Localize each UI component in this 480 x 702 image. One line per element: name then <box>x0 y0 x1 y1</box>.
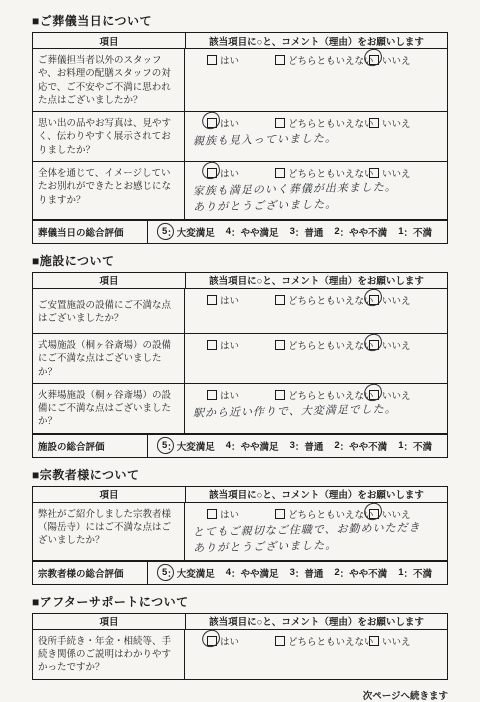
rating-desc: ：やや満足 <box>231 566 279 580</box>
scanned-survey-page: ■ご葬儀当日について 項目 該当項目に○と、コメント（理由）をお願いします ご葬… <box>32 0 448 702</box>
option-label: はい <box>220 634 239 648</box>
survey-table: 項目 該当項目に○と、コメント（理由）をお願いします ご葬儀担当者以外のスタッフ… <box>32 32 448 244</box>
question-cell: 思い出の品やお写真は、見やすく、伝わりやすく展示されておりましたか？ <box>33 112 185 161</box>
next-page-note: 次ページへ続きます <box>32 688 448 702</box>
answer-option: どちらともいえない <box>275 338 369 352</box>
answer-option: どちらともいえない <box>275 388 369 402</box>
checkbox-icon <box>275 509 285 519</box>
option-label: いいえ <box>382 388 411 402</box>
option-label: はい <box>220 116 239 130</box>
rating-option: 5：大変満足 <box>162 439 215 453</box>
checkbox-icon <box>369 509 379 519</box>
answer-options: はい どちらともいえない いいえ <box>191 116 441 130</box>
question-cell: 全体を通じて、イメージしていたお別れができたとお感じになりますか？ <box>33 162 185 219</box>
column-header-item: 項目 <box>33 487 186 502</box>
table-row: 火葬場施設（桐ヶ谷斎場）の設備にご不満な点はございましたか？ はい どちらともい… <box>33 384 447 434</box>
option-label: どちらともいえない <box>288 166 374 180</box>
answer-option: どちらともいえない <box>275 53 369 67</box>
answer-cell: はい どちらともいえない いいえ 家族も満足のいく葬儀が出来ました。 ありがとう… <box>185 162 447 219</box>
answer-option: どちらともいえない <box>275 634 369 648</box>
checkbox-icon <box>275 636 285 646</box>
handwritten-comment <box>193 66 441 71</box>
rating-desc: ：大変満足 <box>167 439 215 453</box>
column-header-answer: 該当項目に○と、コメント（理由）をお願いします <box>186 273 447 288</box>
question-cell: ご葬儀担当者以外のスタッフや、お料理の配膳スタッフの対応で、ご不安やご不満に思わ… <box>33 49 185 111</box>
rating-number: 1 <box>398 226 403 237</box>
option-label: いいえ <box>382 507 411 521</box>
question-cell: ご安置施設の設備にご不満な点はございましたか？ <box>33 289 185 333</box>
checkbox-icon <box>207 509 217 519</box>
table-row: 役所手続き・年金・相続等、手続き関係のご説明はわかりやすかったですか？ はい ど… <box>33 630 447 679</box>
rating-number: 3 <box>290 440 295 451</box>
rating-desc: ：普通 <box>295 439 324 453</box>
checkbox-icon <box>207 636 217 646</box>
answer-cell: はい どちらともいえない いいえ <box>185 630 447 679</box>
handwritten-comment: 家族も満足のいく葬儀が出来ました。 ありがとうございました。 <box>193 179 442 216</box>
survey-table: 項目 該当項目に○と、コメント（理由）をお願いします 弊社がご紹介しました宗教者… <box>32 486 448 585</box>
checkbox-icon <box>369 168 379 178</box>
rating-option: 1：不満 <box>398 225 432 239</box>
checkbox-icon <box>369 55 379 65</box>
answer-cell: はい どちらともいえない いいえ 親族も見入っていました。 <box>185 112 447 161</box>
checkbox-icon <box>207 55 217 65</box>
answer-cell: はい どちらともいえない いいえ <box>185 49 447 111</box>
rating-scale: 5：大変満足 4：やや満足 3：普通 2：やや不満 1：不満 <box>148 562 447 584</box>
option-label: はい <box>220 293 239 307</box>
rating-number: 1 <box>398 567 403 578</box>
section-facilities: ■施設について 項目 該当項目に○と、コメント（理由）をお願いします ご安置施設… <box>32 252 448 458</box>
checkbox-icon <box>275 118 285 128</box>
answer-option: はい <box>207 507 275 521</box>
rating-desc: ：普通 <box>295 566 324 580</box>
option-label: どちらともいえない <box>288 53 374 67</box>
answer-option: どちらともいえない <box>275 166 369 180</box>
table-row: ご安置施設の設備にご不満な点はございましたか？ はい どちらともいえない いいえ <box>33 289 447 334</box>
answer-option: はい <box>207 293 275 307</box>
rating-option: 3：普通 <box>290 439 324 453</box>
answer-cell: はい どちらともいえない いいえ とてもご親切なご住職で、お勤めいただき ありが… <box>185 503 447 560</box>
rating-label: 葬儀当日の総合評価 <box>33 221 148 243</box>
rating-number: 3 <box>290 226 295 237</box>
answer-options: はい どちらともいえない いいえ <box>191 388 441 402</box>
answer-option: いいえ <box>369 338 411 352</box>
rating-option: 4：やや満足 <box>226 566 279 580</box>
rating-row: 宗教者様の総合評価 5：大変満足 4：やや満足 3：普通 2：やや不満 1：不満 <box>33 561 447 584</box>
answer-cell: はい どちらともいえない いいえ <box>185 289 447 333</box>
rating-row: 施設の総合評価 5：大変満足 4：やや満足 3：普通 2：やや不満 1：不満 <box>33 434 447 457</box>
checkbox-icon <box>369 636 379 646</box>
table-row: 弊社がご紹介しました宗教者様（陽岳寺）にはご不満な点はございましたか？ はい ど… <box>33 503 447 561</box>
survey-table: 項目 該当項目に○と、コメント（理由）をお願いします ご安置施設の設備にご不満な… <box>32 272 448 458</box>
question-cell: 弊社がご紹介しました宗教者様（陽岳寺）にはご不満な点はございましたか？ <box>33 503 185 560</box>
question-cell: 火葬場施設（桐ヶ谷斎場）の設備にご不満な点はございましたか？ <box>33 384 185 433</box>
table-header-row: 項目 該当項目に○と、コメント（理由）をお願いします <box>33 487 447 503</box>
section-after-support: ■アフターサポートについて 項目 該当項目に○と、コメント（理由）をお願いします… <box>32 593 448 680</box>
checkbox-icon <box>369 340 379 350</box>
checkbox-icon <box>275 168 285 178</box>
rating-desc: ：やや不満 <box>340 225 388 239</box>
option-label: いいえ <box>382 634 411 648</box>
rating-number: 3 <box>290 567 295 578</box>
option-label: いいえ <box>382 166 411 180</box>
option-label: はい <box>220 507 239 521</box>
table-header-row: 項目 該当項目に○と、コメント（理由）をお願いします <box>33 273 447 289</box>
handwritten-comment <box>193 351 441 356</box>
table-row: 式場施設（桐ヶ谷斎場）の設備にご不満な点はございましたか？ はい どちらともいえ… <box>33 334 447 384</box>
answer-option: いいえ <box>369 507 411 521</box>
checkbox-icon <box>369 118 379 128</box>
rating-number: 5 <box>162 440 167 451</box>
section-officiant: ■宗教者様について 項目 該当項目に○と、コメント（理由）をお願いします 弊社が… <box>32 466 448 585</box>
checkbox-icon <box>369 390 379 400</box>
checkbox-icon <box>275 340 285 350</box>
option-label: どちらともいえない <box>288 116 374 130</box>
answer-option: はい <box>207 53 275 67</box>
answer-options: はい どちらともいえない いいえ <box>191 338 441 352</box>
answer-option: いいえ <box>369 53 411 67</box>
answer-option: いいえ <box>369 166 411 180</box>
rating-option: 5：大変満足 <box>162 225 215 239</box>
rating-number: 5 <box>162 567 167 578</box>
checkbox-icon <box>275 295 285 305</box>
rating-option: 4：やや満足 <box>226 439 279 453</box>
rating-number: 5 <box>162 226 167 237</box>
answer-cell: はい どちらともいえない いいえ 駅から近い作りで、大変満足でした。 <box>185 384 447 433</box>
rating-scale: 5：大変満足 4：やや満足 3：普通 2：やや不満 1：不満 <box>148 221 447 243</box>
answer-option: はい <box>207 388 275 402</box>
option-label: どちらともいえない <box>288 507 374 521</box>
rating-option: 2：やや不満 <box>334 439 387 453</box>
option-label: はい <box>220 388 239 402</box>
option-label: どちらともいえない <box>288 388 374 402</box>
rating-number: 1 <box>398 440 403 451</box>
rating-option: 1：不満 <box>398 566 432 580</box>
answer-options: はい どちらともいえない いいえ <box>191 634 441 648</box>
checkbox-icon <box>207 340 217 350</box>
table-row: ご葬儀担当者以外のスタッフや、お料理の配膳スタッフの対応で、ご不安やご不満に思わ… <box>33 49 447 112</box>
option-label: はい <box>220 53 239 67</box>
column-header-item: 項目 <box>33 273 186 288</box>
answer-options: はい どちらともいえない いいえ <box>191 293 441 307</box>
checkbox-icon <box>207 118 217 128</box>
rating-desc: ：大変満足 <box>167 566 215 580</box>
answer-option: どちらともいえない <box>275 116 369 130</box>
table-header-row: 項目 該当項目に○と、コメント（理由）をお願いします <box>33 33 447 49</box>
rating-desc: ：不満 <box>403 566 432 580</box>
column-header-answer: 該当項目に○と、コメント（理由）をお願いします <box>186 33 447 48</box>
table-header-row: 項目 該当項目に○と、コメント（理由）をお願いします <box>33 614 447 630</box>
option-label: いいえ <box>382 293 411 307</box>
section-title: ■施設について <box>32 252 448 269</box>
answer-option: どちらともいえない <box>275 507 369 521</box>
rating-number: 4 <box>226 567 231 578</box>
checkbox-icon <box>275 55 285 65</box>
answer-option: はい <box>207 116 275 130</box>
answer-options: はい どちらともいえない いいえ <box>191 166 441 180</box>
rating-option: 5：大変満足 <box>162 566 215 580</box>
rating-desc: ：やや不満 <box>340 566 388 580</box>
rating-label: 宗教者様の総合評価 <box>33 562 148 584</box>
section-title: ■アフターサポートについて <box>32 593 448 610</box>
rating-desc: ：不満 <box>403 225 432 239</box>
answer-option: いいえ <box>369 634 411 648</box>
rating-desc: ：普通 <box>295 225 324 239</box>
rating-number: 2 <box>334 440 339 451</box>
answer-option: はい <box>207 166 275 180</box>
option-label: はい <box>220 166 239 180</box>
survey-table: 項目 該当項目に○と、コメント（理由）をお願いします 役所手続き・年金・相続等、… <box>32 613 448 680</box>
column-header-answer: 該当項目に○と、コメント（理由）をお願いします <box>186 614 447 629</box>
rating-number: 2 <box>334 226 339 237</box>
answer-options: はい どちらともいえない いいえ <box>191 507 441 521</box>
option-label: はい <box>220 338 239 352</box>
rating-label: 施設の総合評価 <box>33 435 148 457</box>
rating-desc: ：不満 <box>403 439 432 453</box>
handwritten-comment <box>193 306 441 311</box>
rating-row: 葬儀当日の総合評価 5：大変満足 4：やや満足 3：普通 2：やや不満 1：不満 <box>33 220 447 243</box>
answer-option: はい <box>207 338 275 352</box>
option-label: いいえ <box>382 338 411 352</box>
rating-option: 3：普通 <box>290 566 324 580</box>
answer-option: はい <box>207 634 275 648</box>
option-label: いいえ <box>382 53 411 67</box>
rating-desc: ：やや満足 <box>231 439 279 453</box>
table-row: 思い出の品やお写真は、見やすく、伝わりやすく展示されておりましたか？ はい どち… <box>33 112 447 162</box>
rating-desc: ：やや不満 <box>340 439 388 453</box>
answer-options: はい どちらともいえない いいえ <box>191 53 441 67</box>
handwritten-comment: 親族も見入っていました。 <box>193 130 441 151</box>
rating-number: 2 <box>334 567 339 578</box>
question-cell: 式場施設（桐ヶ谷斎場）の設備にご不満な点はございましたか？ <box>33 334 185 383</box>
rating-desc: ：大変満足 <box>167 225 215 239</box>
checkbox-icon <box>207 295 217 305</box>
question-cell: 役所手続き・年金・相続等、手続き関係のご説明はわかりやすかったですか？ <box>33 630 185 679</box>
option-label: どちらともいえない <box>288 338 374 352</box>
rating-option: 2：やや不満 <box>334 225 387 239</box>
checkbox-icon <box>207 390 217 400</box>
column-header-answer: 該当項目に○と、コメント（理由）をお願いします <box>186 487 447 502</box>
rating-option: 3：普通 <box>290 225 324 239</box>
rating-scale: 5：大変満足 4：やや満足 3：普通 2：やや不満 1：不満 <box>148 435 447 457</box>
handwritten-comment <box>193 647 441 652</box>
option-label: いいえ <box>382 116 411 130</box>
answer-option: どちらともいえない <box>275 293 369 307</box>
answer-option: いいえ <box>369 116 411 130</box>
checkbox-icon <box>369 295 379 305</box>
rating-desc: ：やや満足 <box>231 225 279 239</box>
rating-option: 1：不満 <box>398 439 432 453</box>
rating-option: 2：やや不満 <box>334 566 387 580</box>
answer-option: いいえ <box>369 293 411 307</box>
handwritten-comment: とてもご親切なご住職で、お勤めいただき ありがとうございました。 <box>193 520 442 557</box>
rating-number: 4 <box>226 440 231 451</box>
column-header-item: 項目 <box>33 33 186 48</box>
option-label: どちらともいえない <box>288 293 374 307</box>
section-funeral-day: ■ご葬儀当日について 項目 該当項目に○と、コメント（理由）をお願いします ご葬… <box>32 12 448 244</box>
checkbox-icon <box>275 390 285 400</box>
rating-number: 4 <box>226 226 231 237</box>
checkbox-icon <box>207 168 217 178</box>
answer-option: いいえ <box>369 388 411 402</box>
option-label: どちらともいえない <box>288 634 374 648</box>
handwritten-comment: 駅から近い作りで、大変満足でした。 <box>193 401 441 422</box>
section-title: ■宗教者様について <box>32 466 448 483</box>
answer-cell: はい どちらともいえない いいえ <box>185 334 447 383</box>
column-header-item: 項目 <box>33 614 186 629</box>
section-title: ■ご葬儀当日について <box>32 12 448 29</box>
table-row: 全体を通じて、イメージしていたお別れができたとお感じになりますか？ はい どちら… <box>33 162 447 220</box>
rating-option: 4：やや満足 <box>226 225 279 239</box>
